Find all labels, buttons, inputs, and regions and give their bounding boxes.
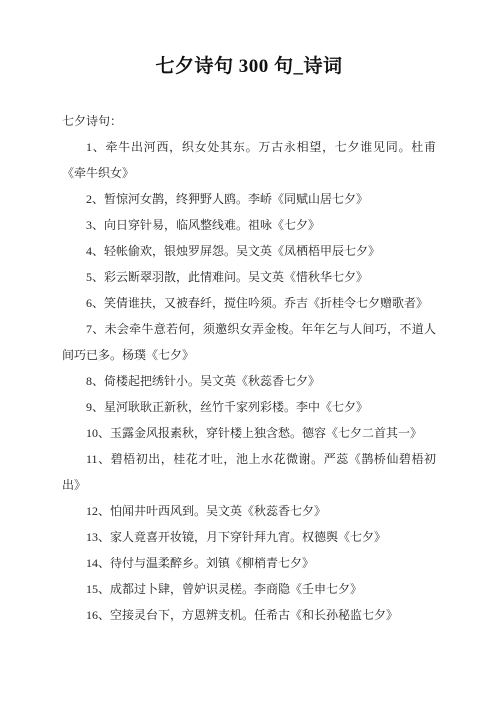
- poem-line-5: 5、彩云断翠羽散，此情难问。吴文英《惜秋华七夕》: [62, 264, 436, 290]
- poem-line-16: 16、空接灵台下，方恩辨支机。任希古《和长孙秘监七夕》: [62, 602, 436, 628]
- intro-line: 七夕诗句：: [62, 108, 436, 134]
- document-page: 七夕诗句 300 句_诗词 七夕诗句： 1、牵牛出河西，织女处其东。万古永相望，…: [0, 0, 496, 702]
- poem-line-7: 7、未会牵牛意若何，须邀织女弄金梭。年年乞与人间巧，不道人间巧已多。杨璞《七夕》: [62, 316, 436, 368]
- poem-line-1: 1、牵牛出河西，织女处其东。万古永相望，七夕谁见同。杜甫《牵牛织女》: [62, 134, 436, 186]
- poem-line-8: 8、倚楼起把绣针小。吴文英《秋蕊香七夕》: [62, 368, 436, 394]
- poem-line-4: 4、轻帐偷欢，银烛罗屏怨。吴文英《凤栖梧甲辰七夕》: [62, 238, 436, 264]
- poem-line-15: 15、成都过卜肆，曾妒识灵槎。李商隐《壬申七夕》: [62, 576, 436, 602]
- poem-line-12: 12、怕闻井叶西风到。吴文英《秋蕊香七夕》: [62, 498, 436, 524]
- poem-line-14: 14、待付与温柔醉乡。刘镇《柳梢青七夕》: [62, 550, 436, 576]
- poem-line-9: 9、星河耿耿正新秋，丝竹千家列彩楼。李中《七夕》: [62, 394, 436, 420]
- poem-line-11: 11、碧梧初出，桂花才吐，池上水花微谢。严蕊《鹊桥仙碧梧初出》: [62, 446, 436, 498]
- document-title: 七夕诗句 300 句_诗词: [62, 52, 436, 82]
- poem-line-2: 2、暂惊河女鹊，终狎野人鸥。李峤《同赋山居七夕》: [62, 186, 436, 212]
- poem-line-6: 6、笑倩谁扶，又被春纤，搅住吟须。乔吉《折桂令七夕赠歌者》: [62, 290, 436, 316]
- poem-line-3: 3、向日穿针易，临风整线难。祖咏《七夕》: [62, 212, 436, 238]
- poem-line-13: 13、家人竟喜开妆镜，月下穿针拜九宵。权德舆《七夕》: [62, 524, 436, 550]
- poem-line-10: 10、玉露金风报素秋，穿针楼上独含愁。德容《七夕二首其一》: [62, 420, 436, 446]
